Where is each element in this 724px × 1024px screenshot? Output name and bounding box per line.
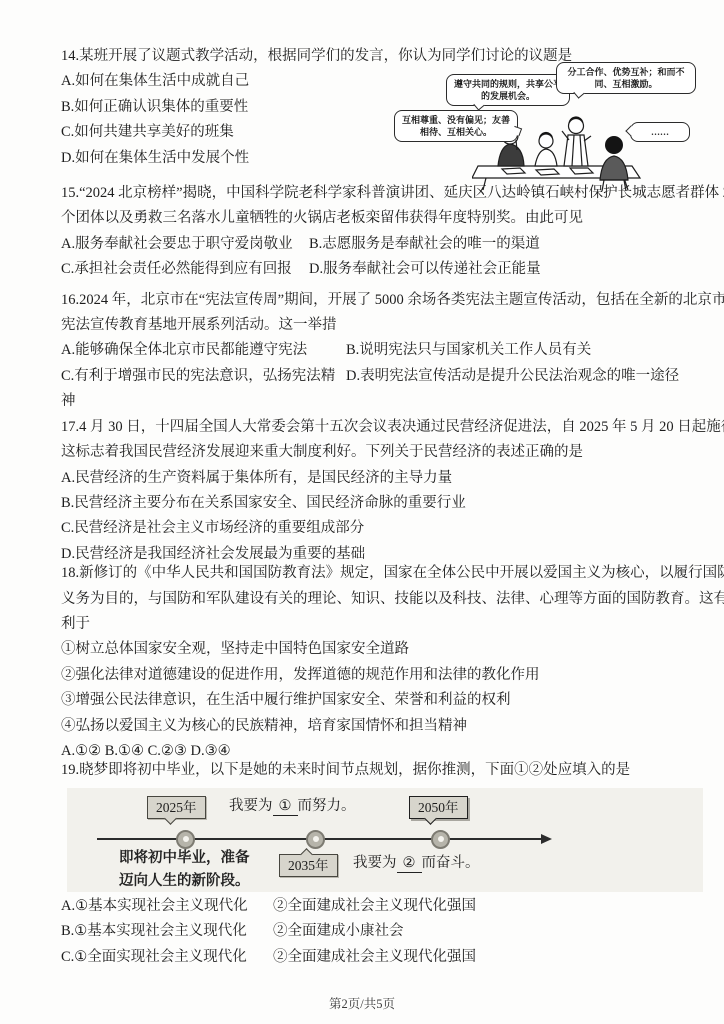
timeline-effort-caption: 我要为①而努力。 [229, 794, 356, 819]
question-19-option-b-part2: ②全面建成小康社会 [273, 919, 404, 944]
question-19-option-b: B.①基本实现社会主义现代化 ②全面建成小康社会 [61, 919, 693, 944]
question-19: 19.晓梦即将初中毕业，以下是她的未来时间节点规划，据你推测，下面①②处应填入的… [61, 758, 693, 970]
question-18-item-1: ①树立总体国家安全观，坚持走中国特色国家安全道路 [61, 637, 693, 662]
speech-bubble-respect: 互相尊重、没有偏见；友善相待、互相关心。 [394, 110, 518, 142]
question-19-option-b-part1: B.①基本实现社会主义现代化 [61, 919, 273, 944]
question-19-option-c-part2: ②全面建成社会主义现代化强国 [273, 945, 476, 970]
question-17-stem-line2: 这标志着我国民营经济发展迎来重大制度利好。下列关于民营经济的表述正确的是 [61, 440, 693, 465]
question-16-option-c: C.有利于增强市民的宪法意识，弘扬宪法精神 [61, 364, 346, 415]
graduation-note-line1: 即将初中毕业，准备 [119, 847, 250, 870]
struggle-caption-prefix: 我要为 [353, 855, 397, 871]
question-18-item-3: ③增强公民法律意识，在生活中履行维护国家安全、荣誉和利益的权利 [61, 688, 693, 713]
graduation-note-line2: 迈向人生的新阶段。 [119, 870, 250, 893]
question-19-option-c-part1: C.①全面实现社会主义现代化 [61, 945, 273, 970]
question-19-option-a-part2: ②全面建成社会主义现代化强国 [273, 894, 476, 919]
question-19-stem: 19.晓梦即将初中毕业，以下是她的未来时间节点规划，据你推测，下面①②处应填入的… [61, 758, 693, 783]
year-tag-2025: 2025年 [147, 796, 206, 819]
speech-bubble-cooperation: 分工合作、优势互补；和而不同、互相激励。 [556, 62, 696, 94]
question-15: 15.“2024 北京榜样”揭晓，中国科学院老科学家科普演讲团、延庆区八达岭镇石… [61, 181, 693, 283]
question-19-option-a-part1: A.①基本实现社会主义现代化 [61, 894, 273, 919]
question-18-stem-line1: 18.新修订的《中华人民共和国国防教育法》规定，国家在全体公民中开展以爱国主义为… [61, 561, 693, 586]
question-17-stem-line1: 17.4 月 30 日，十四届全国人大常委会第十五次会议表决通过民营经济促进法，… [61, 415, 693, 440]
year-tag-2050: 2050年 [409, 796, 468, 819]
question-15-option-a: A.服务奉献社会要忠于职守爱岗敬业 [61, 232, 309, 257]
question-16-option-b: B.说明宪法只与国家机关工作人员有关 [346, 338, 591, 363]
question-16-options-cd: C.有利于增强市民的宪法意识，弘扬宪法精神 D.表明宪法宣传活动是提升公民法治观… [61, 364, 693, 415]
timeline-arrowhead-icon [541, 834, 552, 844]
question-17: 17.4 月 30 日，十四届全国人大常委会第十五次会议表决通过民营经济促进法，… [61, 415, 693, 567]
question-15-option-d: D.服务奉献社会可以传递社会正能量 [309, 257, 541, 282]
question-16-stem-line2: 宪法宣传教育基地开展系列活动。这一举措 [61, 313, 693, 338]
question-17-option-b: B.民营经济主要分布在关系国家安全、国民经济命脉的重要行业 [61, 491, 693, 516]
question-15-option-b: B.志愿服务是奉献社会的唯一的渠道 [309, 232, 540, 257]
question-19-option-a: A.①基本实现社会主义现代化 ②全面建成社会主义现代化强国 [61, 894, 693, 919]
speech-bubble-rules: 遵守共同的规则，共享公平的发展机会。 [446, 74, 570, 106]
question-18-stem-line3: 利于 [61, 612, 693, 637]
effort-caption-prefix: 我要为 [229, 798, 273, 814]
classroom-discussion-cartoon: 互相尊重、没有偏见；友善相待、互相关心。 遵守共同的规则，共享公平的发展机会。 … [388, 58, 708, 190]
timeline-node-2035 [306, 830, 325, 849]
question-18-item-4: ④弘扬以爱国主义为核心的民族精神，培育家国情怀和担当精神 [61, 714, 693, 739]
question-18-stem-line2: 义务为目的，与国防和军队建设有关的理论、知识、技能以及科技、法律、心理等方面的国… [61, 587, 693, 612]
question-19-option-c: C.①全面实现社会主义现代化 ②全面建成社会主义现代化强国 [61, 945, 693, 970]
page-number-footer: 第2页/共5页 [0, 994, 724, 1012]
question-16: 16.2024 年，北京市在“宪法宣传周”期间，开展了 5000 余场各类宪法主… [61, 288, 693, 415]
question-17-option-a: A.民营经济的生产资料属于集体所有，是国民经济的主导力量 [61, 466, 693, 491]
question-15-option-c: C.承担社会责任必然能得到应有回报 [61, 257, 309, 282]
effort-caption-suffix: 而努力。 [298, 798, 356, 814]
question-15-options-ab: A.服务奉献社会要忠于职守爱岗敬业 B.志愿服务是奉献社会的唯一的渠道 [61, 232, 693, 257]
timeline-node-2050 [431, 830, 450, 849]
question-15-options-cd: C.承担社会责任必然能得到应有回报 D.服务奉献社会可以传递社会正能量 [61, 257, 693, 282]
exam-paper-page: 14.某班开展了议题式教学活动，根据同学们的发言，你认为同学们讨论的议题是 A.… [0, 0, 724, 1024]
question-16-options-ab: A.能够确保全体北京市民都能遵守宪法 B.说明宪法只与国家机关工作人员有关 [61, 338, 693, 363]
question-16-option-a: A.能够确保全体北京市民都能遵守宪法 [61, 338, 346, 363]
year-tag-2035: 2035年 [279, 854, 338, 877]
struggle-caption-suffix: 而奋斗。 [422, 855, 480, 871]
question-18: 18.新修订的《中华人民共和国国防教育法》规定，国家在全体公民中开展以爱国主义为… [61, 561, 693, 764]
question-16-stem-line1: 16.2024 年，北京市在“宪法宣传周”期间，开展了 5000 余场各类宪法主… [61, 288, 693, 313]
speech-bubble-ellipsis: …… [630, 122, 690, 142]
question-17-option-c: C.民营经济是社会主义市场经济的重要组成部分 [61, 516, 693, 541]
effort-blank-1: ① [273, 798, 298, 816]
question-16-option-d: D.表明宪法宣传活动是提升公民法治观念的唯一途径 [346, 364, 679, 415]
future-plan-timeline-diagram: 2025年 2035年 2050年 我要为①而努力。 我要为②而奋斗。 即将初中… [67, 788, 703, 892]
timeline-graduation-note: 即将初中毕业，准备 迈向人生的新阶段。 [119, 847, 250, 893]
struggle-blank-2: ② [397, 855, 422, 873]
question-18-item-2: ②强化法律对道德建设的促进作用，发挥道德的规范作用和法律的教化作用 [61, 663, 693, 688]
question-15-stem-line2: 个团体以及勇救三名落水儿童牺牲的火锅店老板栾留伟获得年度特别奖。由此可见 [61, 206, 693, 231]
timeline-struggle-caption: 我要为②而奋斗。 [353, 851, 480, 876]
